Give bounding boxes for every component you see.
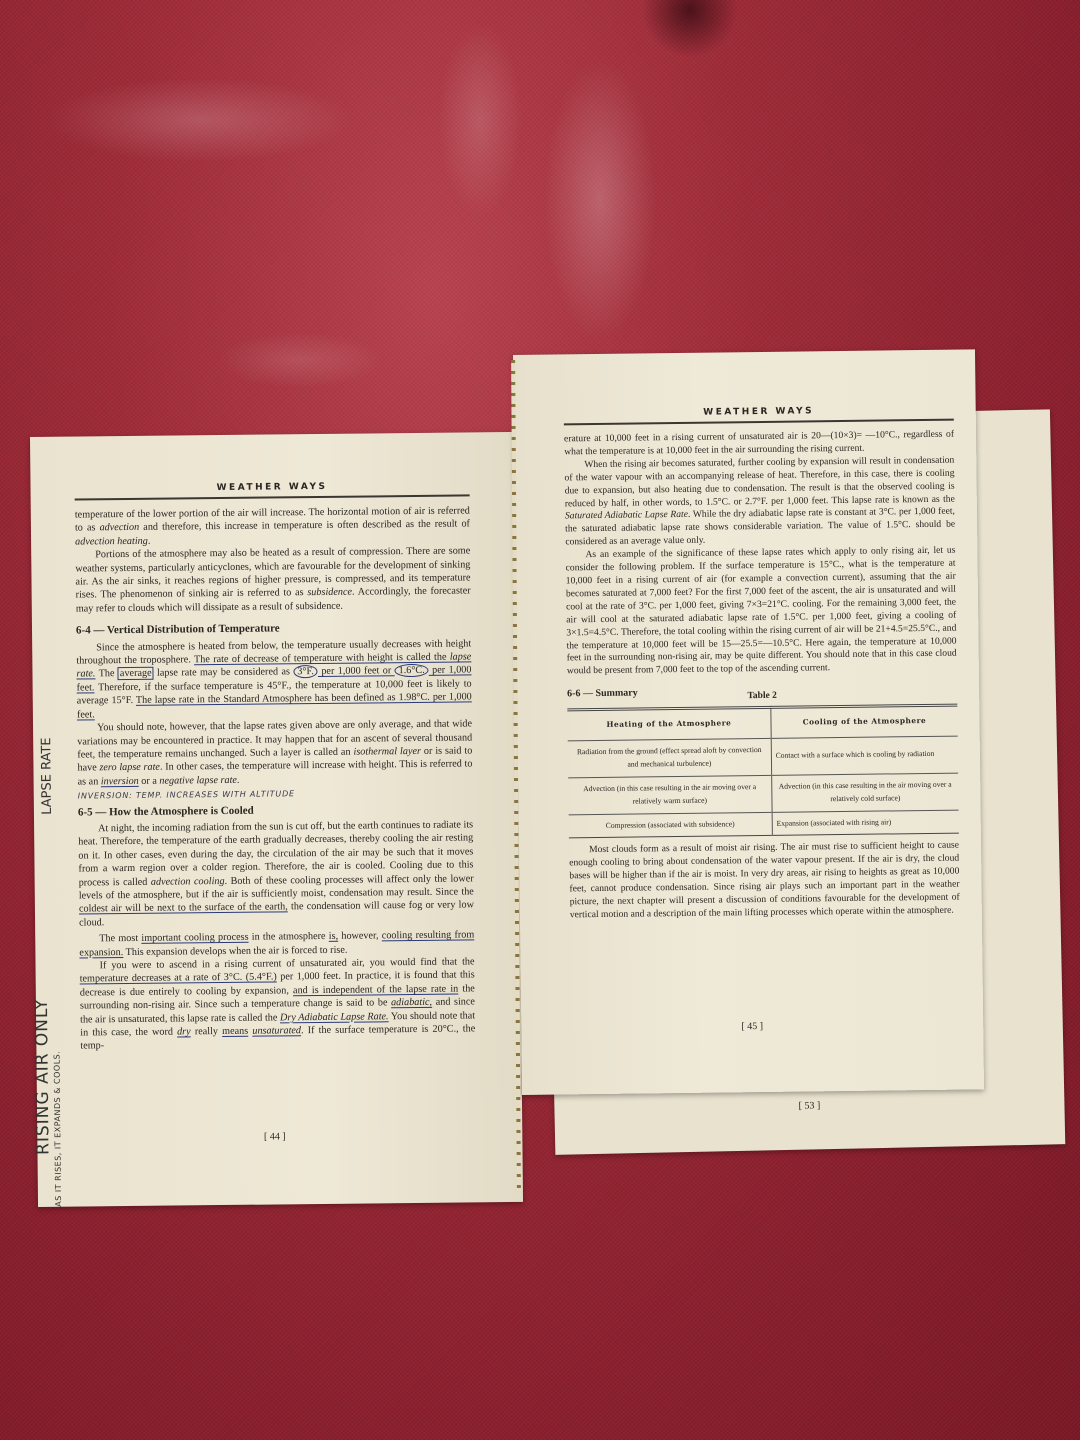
paragraph: Since the atmosphere is heated from belo… [76, 637, 472, 722]
page-number-44: [ 44 ] [27, 1129, 522, 1145]
table-row: Radiation from the ground (effect spread… [568, 736, 958, 778]
paragraph: You should note, however, that the lapse… [77, 717, 473, 788]
boxed-annotation: average [118, 667, 154, 680]
margin-note-rising-air: RISING AIR ONLY [32, 998, 54, 1155]
circled-annotation: 3°F. [293, 665, 318, 678]
table-header: Cooling of the Atmosphere [771, 705, 958, 738]
paragraph: Most clouds form as a result of moist ai… [569, 840, 960, 922]
paragraph: Portions of the atmosphere may also be h… [75, 545, 471, 616]
page-44: WEATHER WAYS temperature of the lower po… [30, 432, 523, 1207]
paragraph: The most important cooling process in th… [79, 929, 474, 960]
header-rule [564, 419, 954, 426]
margin-note-lapse-rate: LAPSE RATE [39, 737, 55, 815]
handwritten-note: INVERSION: TEMP. INCREASES WITH ALTITUDE [78, 786, 473, 804]
circled-annotation: 1.6°C. [395, 664, 429, 677]
paragraph: If you were to ascend in a rising curren… [79, 955, 475, 1053]
table-row: Compression (associated with subsidence)… [569, 810, 959, 839]
page-45: WEATHER WAYS erature at 10,000 feet in a… [513, 349, 984, 1095]
body-text: temperature of the lower portion of the … [75, 504, 476, 1053]
paragraph: temperature of the lower portion of the … [75, 504, 470, 548]
margin-note-rising-air-detail: AS IT RISES, IT EXPANDS & COOLS. [52, 1051, 63, 1207]
paragraph: When the rising air becomes saturated, f… [564, 454, 955, 549]
header-rule [75, 494, 470, 500]
table-header: Heating of the Atmosphere [567, 707, 771, 740]
running-head: WEATHER WAYS [75, 480, 470, 494]
page-number-45: [ 45 ] [521, 1018, 983, 1035]
running-head: WEATHER WAYS [564, 405, 954, 420]
section-heading-6-4: 6-4 — Vertical Distribution of Temperatu… [76, 621, 471, 639]
paragraph: As an example of the significance of the… [565, 545, 957, 679]
table-row: Advection (in this case resulting in the… [568, 773, 958, 815]
page-number-53: [ 53 ] [554, 1095, 1064, 1117]
summary-table: Heating of the Atmosphere Cooling of the… [567, 704, 959, 839]
paragraph: At night, the incoming radiation from th… [78, 818, 474, 929]
section-heading-6-5: 6-5 — How the Atmosphere is Cooled [78, 802, 473, 820]
body-text: erature at 10,000 feet in a rising curre… [564, 429, 960, 923]
